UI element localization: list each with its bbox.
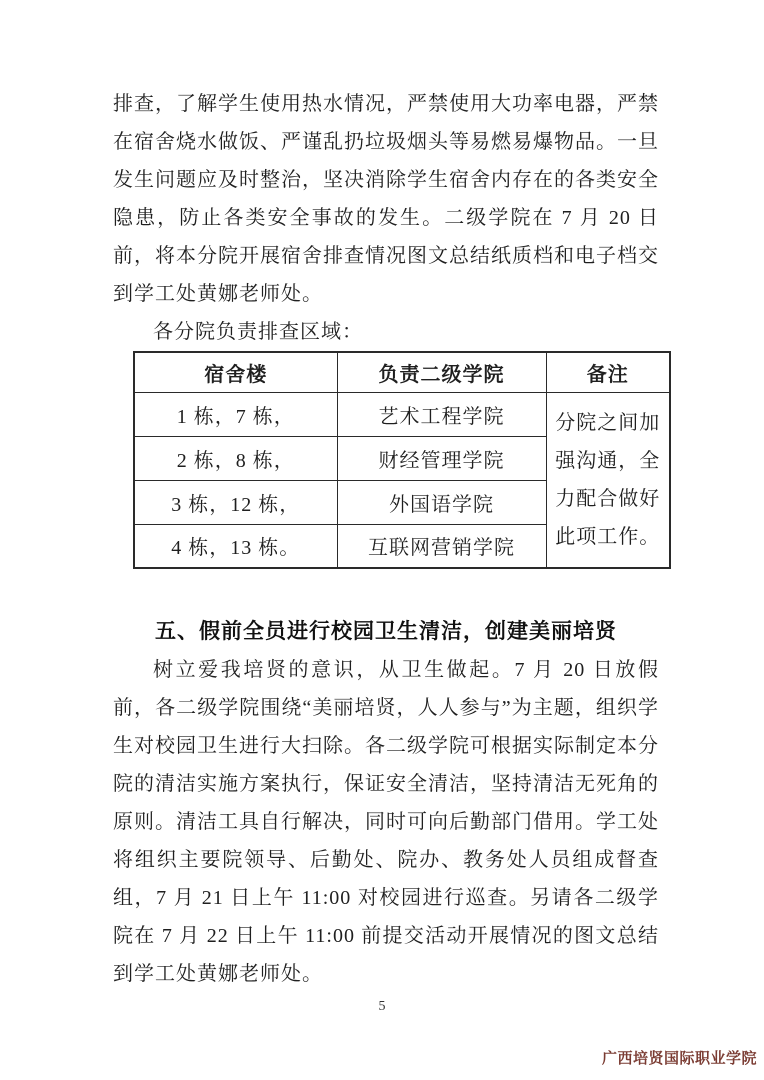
cell-dorms: 1 栋，7 栋， [134,392,337,436]
cell-dorms: 3 栋，12 栋， [134,480,337,524]
cell-dorms: 2 栋，8 栋， [134,436,337,480]
body-paragraph: 树立爱我培贤的意识，从卫生做起。7 月 20 日放假前，各二级学院围绕“美丽培贤… [113,651,659,993]
header-cell-college: 负责二级学院 [337,352,546,392]
continued-paragraph: 排查，了解学生使用热水情况，严禁使用大功率电器，严禁在宿舍烧水做饭、严谨乱扔垃圾… [113,85,659,313]
cell-college: 财经管理学院 [337,436,546,480]
table-header-row: 宿舍楼 负责二级学院 备注 [134,352,670,392]
cell-dorms: 4 栋，13 栋。 [134,524,337,568]
cell-college: 艺术工程学院 [337,392,546,436]
header-cell-dorm: 宿舍楼 [134,352,337,392]
document-body: 排查，了解学生使用热水情况，严禁使用大功率电器，严禁在宿舍烧水做饭、严谨乱扔垃圾… [113,85,659,993]
cell-college: 互联网营销学院 [337,524,546,568]
dorm-inspection-table: 宿舍楼 负责二级学院 备注 1 栋，7 栋， 艺术工程学院 分院之间加强沟通，全… [133,351,671,569]
section-heading: 五、假前全员进行校园卫生清洁，创建美丽培贤 [113,613,659,651]
footer-brand: 广西培贤国际职业学院 [602,1047,757,1068]
table-row: 1 栋，7 栋， 艺术工程学院 分院之间加强沟通，全力配合做好此项工作。 [134,392,670,436]
header-cell-remark: 备注 [546,352,670,392]
page-number: 5 [0,999,764,1015]
cell-college: 外国语学院 [337,480,546,524]
table-intro: 各分院负责排查区域： [113,313,659,351]
cell-remark: 分院之间加强沟通，全力配合做好此项工作。 [546,392,670,568]
document-page: 排查，了解学生使用热水情况，严禁使用大功率电器，严禁在宿舍烧水做饭、严谨乱扔垃圾… [0,0,764,1080]
